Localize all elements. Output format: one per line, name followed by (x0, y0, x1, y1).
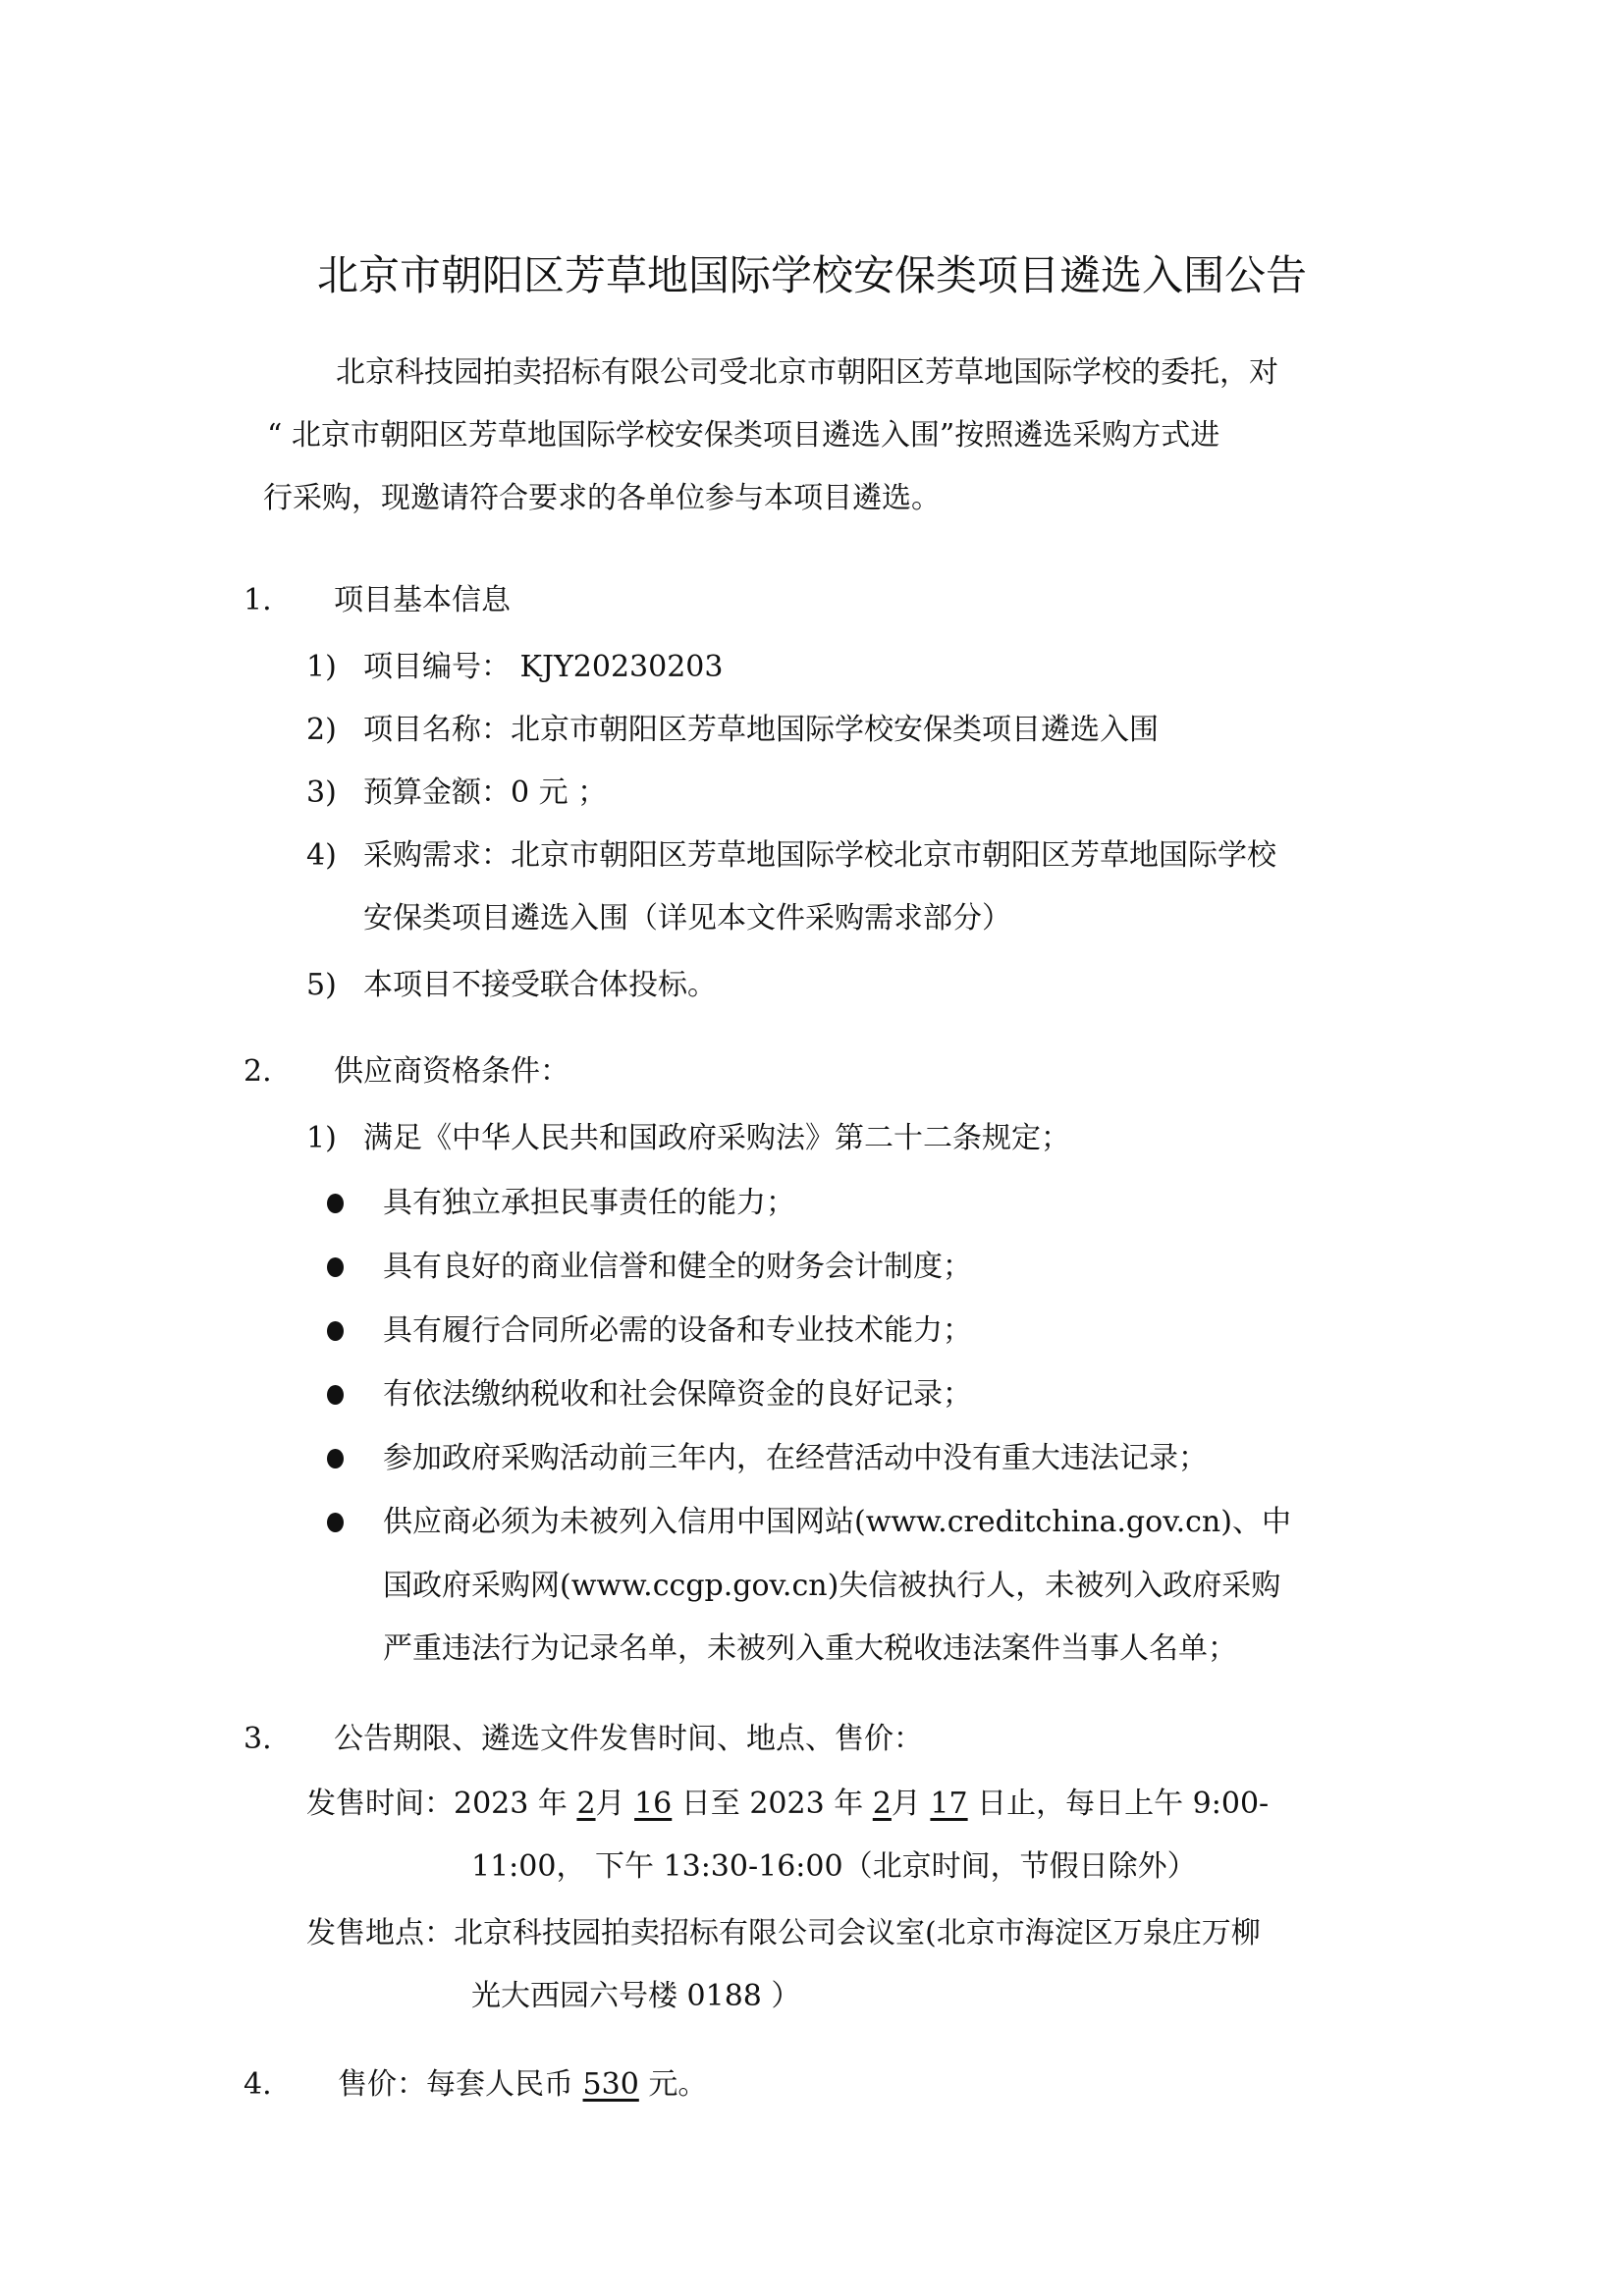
qualification-bullet: 具有良好的商业信誉和健全的财务会计制度； (383, 1248, 972, 1287)
bullet-icon (327, 1321, 344, 1341)
item-marker: 5) (306, 966, 337, 1005)
month-unit: 月 (892, 1787, 931, 1821)
bullet-icon (327, 1385, 344, 1405)
sale-time-label: 发售时间： (306, 1787, 454, 1821)
bullet-icon (327, 1513, 344, 1532)
item-marker: 2) (306, 711, 337, 750)
qualification-bullet: 参加政府采购活动前三年内，在经营活动中没有重大违法记录； (383, 1439, 1208, 1478)
daily-hours: 日止，每日上午 9:00- (968, 1787, 1270, 1821)
year-unit: 年 (825, 1787, 873, 1821)
bullet-icon (327, 1449, 344, 1468)
item-marker: 3) (306, 774, 337, 813)
sale-start-day: 16 (634, 1787, 672, 1821)
procurement-law-requirement: 满足《中华人民共和国政府采购法》第二十二条规定； (363, 1119, 1070, 1158)
sale-start-year: 2023 (454, 1787, 528, 1821)
bullet-icon (327, 1257, 344, 1277)
qualification-bullet: 具有履行合同所必需的设备和专业技术能力； (383, 1311, 972, 1351)
sale-place-text: 北京科技园拍卖招标有限公司会议室(北京市海淀区万泉庄万柳 (454, 1916, 1261, 1950)
price-prefix: 售价：每套人民币 (338, 2067, 583, 2102)
project-name: 项目名称：北京市朝阳区芳草地国际学校安保类项目遴选入围 (363, 711, 1159, 750)
sale-start-month: 2 (576, 1787, 595, 1821)
sale-end-year: 2023 (749, 1787, 824, 1821)
qualification-bullet-cont: 国政府采购网(www.ccgp.gov.cn)失信被执行人，未被列入政府采购 (383, 1567, 1280, 1606)
project-number: 项目编号： KJY20230203 (363, 648, 723, 687)
qualification-bullet: 具有独立承担民事责任的能力； (383, 1184, 795, 1223)
sale-place: 发售地点：北京科技园拍卖招标有限公司会议室(北京市海淀区万泉庄万柳 (306, 1914, 1261, 1953)
qualification-bullet: 有依法缴纳税收和社会保障资金的良好记录； (383, 1375, 972, 1415)
item-marker: 1) (306, 648, 337, 687)
section-2-heading: 供应商资格条件： (334, 1052, 569, 1092)
section-1-heading: 项目基本信息 (334, 581, 511, 620)
date-connector: 日至 (672, 1787, 749, 1821)
intro-line-3: 行采购，现邀请符合要求的各单位参与本项目遴选。 (263, 479, 941, 518)
year-unit: 年 (528, 1787, 576, 1821)
sale-place-label: 发售地点： (306, 1916, 454, 1950)
section-4-price: 售价：每套人民币 530 元。 (338, 2065, 707, 2105)
section-1-number: 1. (244, 581, 272, 620)
section-3-number: 3. (244, 1720, 272, 1759)
intro-line-2: “ 北京市朝阳区芳草地国际学校安保类项目遴选入围”按照遴选采购方式进 (267, 416, 1219, 455)
section-4-number: 4. (244, 2065, 272, 2105)
sale-time: 发售时间：2023 年 2月 16 日至 2023 年 2月 17 日止，每日上… (306, 1785, 1269, 1824)
item-marker: 1) (306, 1119, 337, 1158)
qualification-bullet-cont: 严重违法行为记录名单，未被列入重大税收违法案件当事人名单； (383, 1629, 1237, 1669)
sale-place-cont: 光大西园六号楼 0188 ） (471, 1977, 800, 2016)
sale-time-cont: 11:00， 下午 13:30-16:00（北京时间，节假日除外） (471, 1847, 1197, 1887)
section-3-heading: 公告期限、遴选文件发售时间、地点、售价： (334, 1720, 923, 1759)
price-value: 530 (583, 2067, 639, 2102)
price-suffix: 元。 (639, 2067, 708, 2102)
budget-amount: 预算金额：0 元 ； (363, 774, 607, 813)
intro-line-1: 北京科技园拍卖招标有限公司受北京市朝阳区芳草地国际学校的委托，对 (336, 353, 1278, 393)
sale-end-month: 2 (873, 1787, 892, 1821)
procurement-requirement-cont: 安保类项目遴选入围（详见本文件采购需求部分） (363, 899, 1011, 938)
procurement-requirement: 采购需求：北京市朝阳区芳草地国际学校北京市朝阳区芳草地国际学校 (363, 836, 1276, 876)
bullet-icon (327, 1194, 344, 1213)
document-page: 北京市朝阳区芳草地国际学校安保类项目遴选入围公告 北京科技园拍卖招标有限公司受北… (0, 0, 1624, 2296)
no-consortium-note: 本项目不接受联合体投标。 (363, 966, 717, 1005)
sale-end-day: 17 (930, 1787, 967, 1821)
section-2-number: 2. (244, 1052, 272, 1092)
month-unit: 月 (596, 1787, 635, 1821)
item-marker: 4) (306, 836, 337, 876)
document-title: 北京市朝阳区芳草地国际学校安保类项目遴选入围公告 (0, 243, 1624, 302)
qualification-bullet: 供应商必须为未被列入信用中国网站(www.creditchina.gov.cn)… (383, 1503, 1291, 1542)
